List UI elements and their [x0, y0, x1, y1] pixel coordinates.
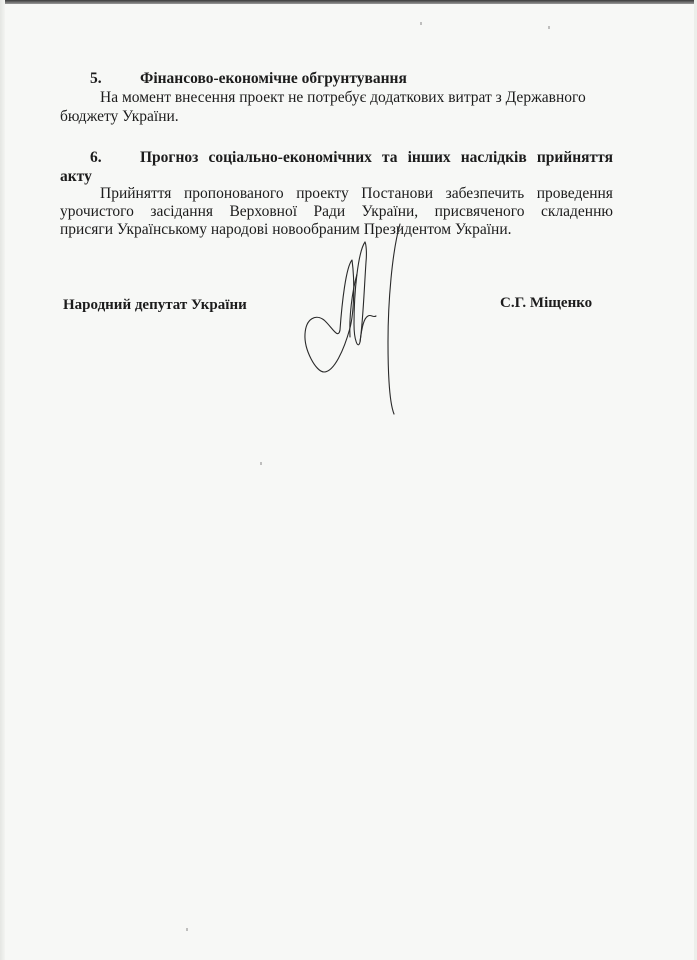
body-word: Верховної [229, 203, 297, 221]
section-5-body-line-1: На момент внесення проект не потребує до… [100, 89, 586, 107]
title-word: Прогноз [140, 149, 198, 167]
scan-speck [548, 26, 550, 29]
section-5-number: 5. [90, 70, 102, 88]
scan-speck [260, 462, 262, 465]
signatory-position: Народний депутат України [63, 296, 247, 314]
title-word: та [382, 149, 398, 167]
body-word: присвяченого [435, 203, 525, 221]
document-page: 5. Фінансово-економічне обгрунтування На… [0, 0, 697, 960]
section-6-body-line-3: присяги Українському народові новообрани… [60, 221, 511, 239]
title-word: інших [408, 149, 451, 167]
section-5-title: Фінансово-економічне обгрунтування [140, 70, 407, 88]
body-word: проведення [537, 185, 613, 203]
body-word: України, [362, 203, 419, 221]
section-6-number: 6. [90, 149, 102, 167]
section-6-title-line-2: акту [60, 168, 92, 186]
handwritten-signature-icon [300, 222, 410, 417]
body-word: засідання [150, 203, 213, 221]
body-word: проекту [296, 185, 349, 203]
section-6-body-line-2: урочистого засідання Верховної Ради Укра… [60, 203, 613, 221]
body-word: пропонованого [184, 185, 284, 203]
section-6-body-line-1: Прийняття пропонованого проекту Постанов… [100, 185, 613, 203]
body-word: складенню [541, 203, 613, 221]
section-6-title-line-1: Прогноз соціально-економічних та інших н… [140, 149, 613, 167]
body-word: Ради [313, 203, 345, 221]
body-word: забезпечить [446, 185, 525, 203]
scan-speck [420, 22, 422, 25]
title-word: прийняття [537, 149, 613, 167]
title-word: соціально-економічних [208, 149, 371, 167]
title-word: наслідків [461, 149, 527, 167]
section-5-body-line-2: бюджету України. [60, 108, 179, 126]
body-word: Прийняття [100, 185, 171, 203]
scan-speck [186, 928, 188, 931]
body-word: урочистого [60, 203, 134, 221]
signatory-name: С.Г. Міщенко [500, 294, 592, 312]
body-word: Постанови [361, 185, 433, 203]
